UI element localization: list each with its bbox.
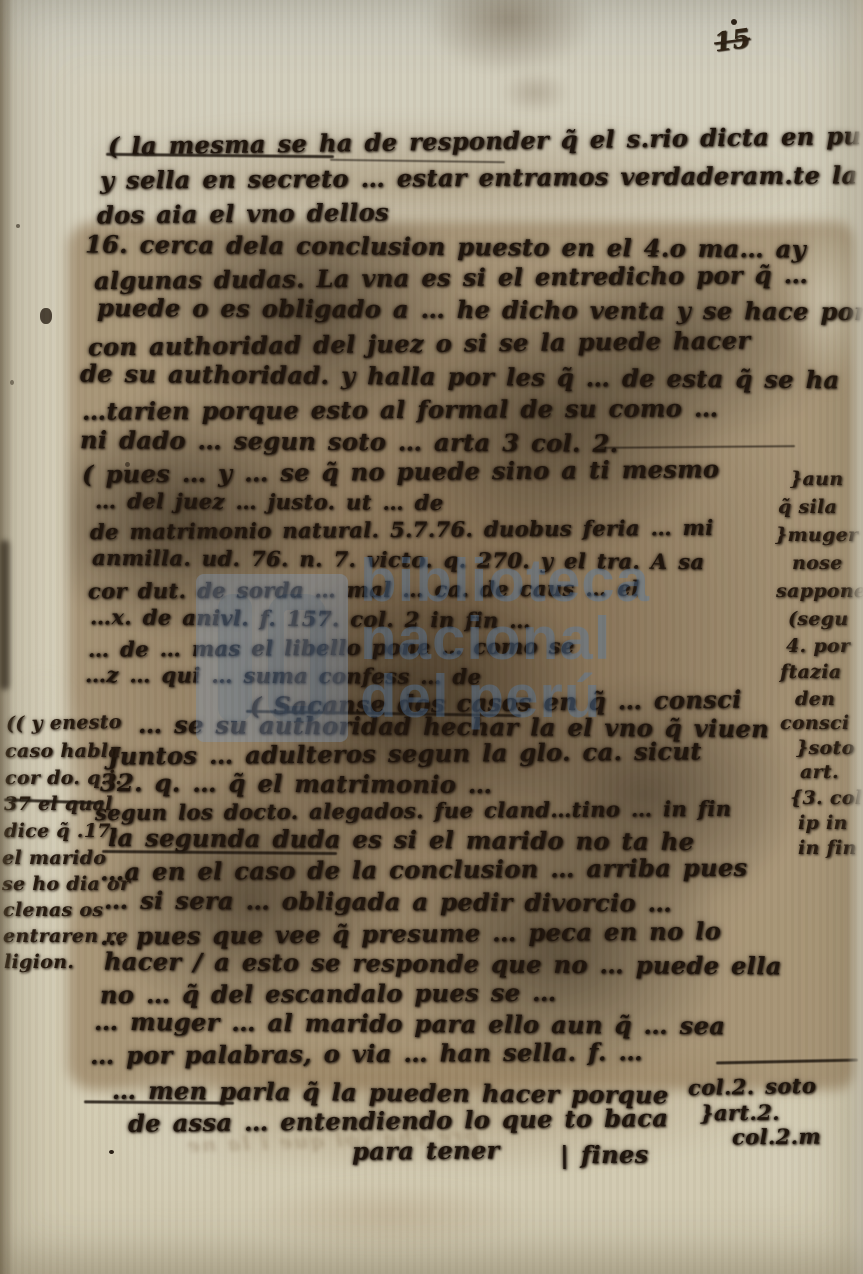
manuscript-line: ni dado … segun soto … arta 3 col. 2. [80, 425, 619, 458]
manuscript-page: ( la mesma se ha de responder q̃ el s.ri… [0, 0, 863, 1274]
right-margin-note-line: (segu [788, 608, 848, 630]
right-margin-note-line: nose [792, 552, 842, 574]
left-margin-note-line: (( y enesto [6, 711, 122, 735]
manuscript-line: y sella en secreto … estar entramos verd… [100, 160, 858, 194]
ink-speck [109, 1150, 114, 1154]
bleedthrough-smudge [250, 1180, 530, 1250]
manuscript-line: …x. de anivl. f. 157. col. 2 in fin … [90, 604, 531, 633]
bottom-citation: | fines [560, 1140, 649, 1170]
right-margin-note-line: 4. por [786, 635, 850, 657]
manuscript-line: … si sera … obligada a pedir divorcio … [104, 886, 672, 918]
right-margin-note-line: q̃ sila [778, 496, 837, 518]
manuscript-line: …tarien porque esto al formal de su como… [82, 393, 718, 425]
right-margin-note-line: }muger [775, 524, 858, 546]
left-margin-note-line: cor do. q.i. [5, 767, 122, 789]
ink-speck [731, 19, 737, 25]
left-margin-note-line: dice q̃ .17. [4, 820, 118, 842]
left-margin-note-line: el marido [2, 847, 106, 869]
manuscript-line: ( pues … y … se q̃ no puede sino a ti me… [82, 454, 720, 489]
manuscript-line: 32. q. … q̃ el matrimonio … [100, 768, 493, 799]
ink-speck [125, 462, 130, 467]
manuscript-line: … de … mas el libello pone … como se [88, 633, 575, 661]
manuscript-line: … muger … al marido para ello aun q̃ … s… [94, 1007, 725, 1040]
ink-speck [40, 308, 52, 324]
page-left-edge-dark-mark [0, 540, 9, 690]
manuscript-line: anmilla. ud. 76. n. 7. victo. q. 270. y … [92, 545, 705, 574]
manuscript-line: … pues que vee q̃ presume … peca en no l… [100, 916, 721, 950]
right-citation-line: den [795, 688, 835, 710]
ink-speck [16, 224, 20, 228]
bottom-citation: }art.2. [700, 1100, 780, 1126]
top-edge-stain [425, 0, 595, 75]
manuscript-line: …a en el caso de la conclusion … arriba … [100, 853, 748, 887]
left-margin-note-line: clenas os [3, 899, 103, 921]
left-margin-note-line: se ho dia or [2, 873, 130, 895]
folio-number: 15 [712, 24, 752, 59]
manuscript-line: … del juez … justo. ut … de [95, 488, 444, 515]
bottom-citation: col.2.m [732, 1124, 821, 1150]
manuscript-line: de matrimonio natural. 5.7.76. duobus fe… [90, 515, 714, 544]
right-margin-note-line: }aun [790, 468, 843, 490]
manuscript-line: no … q̃ del escandalo pues se … [100, 978, 557, 1009]
left-margin-note-line: caso habla [5, 740, 121, 762]
manuscript-line: Juntos … adulteros segun la glo. ca. sic… [108, 736, 702, 770]
manuscript-line: puede o es obligado a … he dicho venta y… [97, 293, 863, 326]
underline-stroke [84, 1100, 234, 1104]
manuscript-line: … por palabras, o via … han sella. f. … [90, 1037, 643, 1070]
small-stain [500, 70, 570, 115]
right-citation-line: consci [780, 712, 849, 734]
manuscript-line: segun los docto. alegados. fue cland…tin… [95, 796, 732, 825]
manuscript-line: dos aia el vno dellos [97, 197, 389, 229]
manuscript-line: 16. cerca dela conclusion puesto en el 4… [85, 229, 806, 263]
right-citation-line: ip in [798, 812, 848, 834]
right-margin-note-line: ftazia [780, 661, 841, 683]
manuscript-line: cor dut. de sorda … mal … ca. de caus … … [88, 576, 640, 604]
left-margin-note-line: entraren re [3, 925, 128, 947]
manuscript-line: …z … qui … suma confess … de [85, 662, 481, 689]
manuscript-line: hacer / a esto se responde que no … pued… [104, 947, 782, 981]
right-citation-line: }soto [796, 737, 855, 759]
right-citation-line: art. [800, 761, 839, 783]
page-right-edge-highlight [847, 0, 863, 1274]
left-margin-note-line: ligion. [4, 951, 74, 973]
bottom-citation: col.2. soto [688, 1073, 817, 1100]
